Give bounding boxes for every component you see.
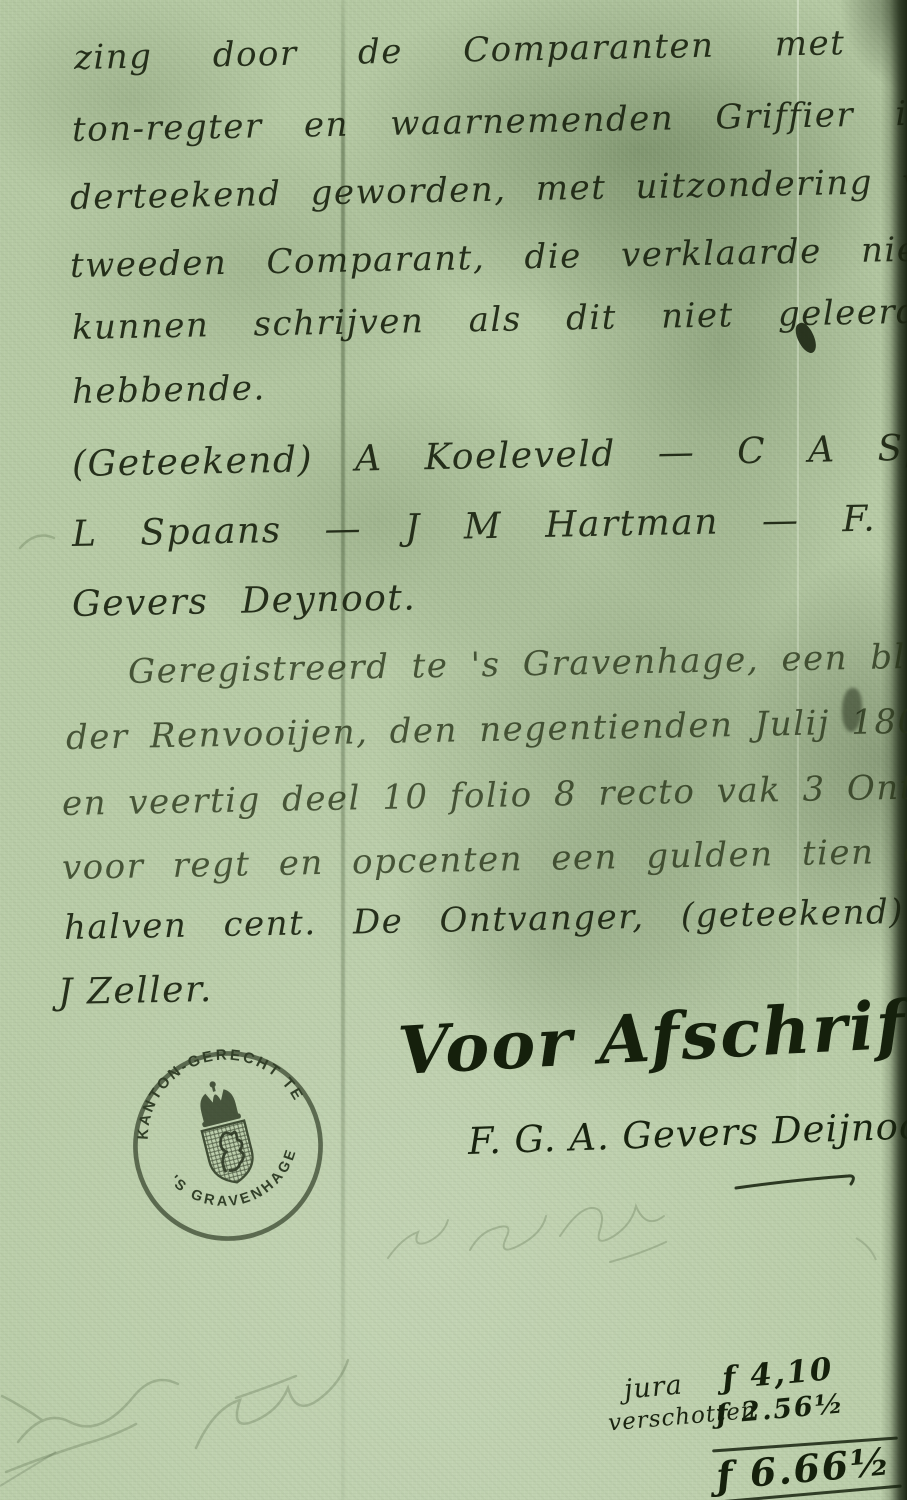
registration-line-2: der Renvooijen, den negentienden Julij 1… (66, 699, 907, 758)
signature-underline-flourish (736, 1176, 853, 1188)
handwriting-line-3: derteekend geworden, met uitzondering va… (70, 159, 907, 218)
handwriting-line-4: tweeden Comparant, die verklaarde niet t… (70, 228, 907, 286)
handwriting-line-2: ton-regter en waarnemenden Griffier is o… (72, 92, 907, 150)
scanned-document-page: zing door de Comparanten met Ons kan ton… (0, 0, 907, 1500)
court-stamp: KANTON-GERECHT TE 'S GRAVENHAGE (102, 1020, 354, 1272)
signature-line-3: Gevers Deynoot. (72, 577, 417, 625)
stamp-crown-icon (193, 1077, 242, 1128)
page-right-edge (881, 0, 907, 1500)
registration-line-4: voor regt en opcenten een gulden tien en… (62, 829, 907, 888)
handwriting-line-5: kunnen schrijven als dit niet geleerd (72, 292, 907, 348)
fee-label-jura: jura (623, 1369, 684, 1405)
signature-line-1: (Geteekend) A Koeleveld — C A Spaans (72, 426, 907, 485)
registration-line-5: halven cent. De Ontvanger, (geteekend) (64, 892, 905, 948)
handwriting-line-1: zing door de Comparanten met Ons kan (74, 18, 907, 78)
registration-line-1: Geregistreerd te 's Gravenhage, een blad… (128, 635, 907, 692)
stamp-shield-icon (202, 1121, 258, 1188)
receiver-signature: J Zeller. (58, 969, 213, 1013)
attestation-signature: F. G. A. Gevers Deijnoot. (467, 1103, 907, 1163)
handwriting-line-6: hebbende. (72, 368, 266, 412)
signature-line-2: L Spaans — J M Hartman — F. G A (72, 496, 907, 555)
registration-line-3: en veertig deel 10 folio 8 recto vak 3 O… (62, 765, 907, 824)
attestation-heading: Voor Afschrift. (396, 982, 907, 1090)
